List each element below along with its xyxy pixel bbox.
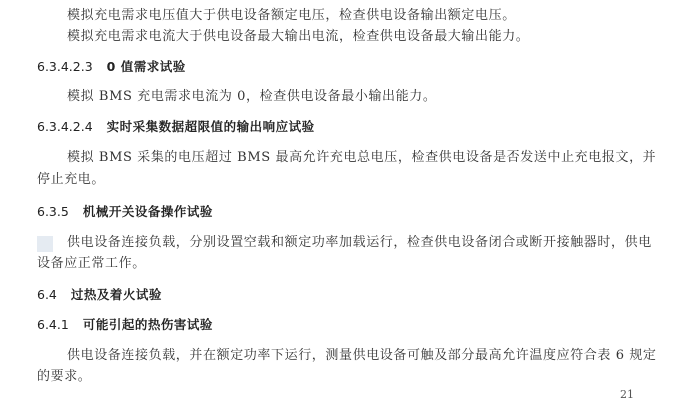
paragraph-line: 停止充电。 bbox=[37, 172, 105, 188]
paragraph-line: 供电设备连接负载，分别设置空载和额定功率加载运行，检查供电设备闭合或断开接触器时… bbox=[67, 235, 652, 251]
paragraph-line: 模拟 BMS 充电需求电流为 0，检查供电设备最小输出能力。 bbox=[67, 89, 436, 105]
scan-artifact-icon bbox=[37, 236, 53, 252]
section-number: 6.4.1 bbox=[37, 317, 69, 332]
paragraph-line: 设备应正常工作。 bbox=[37, 256, 146, 272]
section-title: 过热及着火试验 bbox=[71, 287, 162, 302]
paragraph-line: 模拟充电需求电流大于供电设备最大输出电流，检查供电设备最大输出能力。 bbox=[67, 29, 529, 45]
section-number: 6.3.4.2.4 bbox=[37, 119, 93, 134]
section-number: 6.4 bbox=[37, 287, 57, 302]
section-title: 0 值需求试验 bbox=[107, 59, 186, 74]
paragraph-line: 供电设备连接负载，并在额定功率下运行，测量供电设备可触及部分最高允许温度应符合表… bbox=[67, 348, 657, 364]
section-number: 6.3.5 bbox=[37, 204, 69, 219]
section-number: 6.3.4.2.3 bbox=[37, 59, 93, 74]
paragraph-line: 模拟 BMS 采集的电压超过 BMS 最高允许充电总电压，检查供电设备是否发送中… bbox=[67, 150, 656, 166]
section-heading-6-3-4-2-4: 6.3.4.2.4实时采集数据超限值的输出响应试验 bbox=[37, 119, 315, 135]
section-title: 可能引起的热伤害试验 bbox=[83, 317, 213, 332]
section-heading-6-4-1: 6.4.1可能引起的热伤害试验 bbox=[37, 317, 213, 333]
section-title: 机械开关设备操作试验 bbox=[83, 204, 213, 219]
section-heading-6-3-5: 6.3.5机械开关设备操作试验 bbox=[37, 204, 213, 220]
section-heading-6-3-4-2-3: 6.3.4.2.30 值需求试验 bbox=[37, 59, 186, 75]
paragraph-line: 模拟充电需求电压值大于供电设备额定电压，检查供电设备输出额定电压。 bbox=[67, 8, 516, 24]
section-heading-6-4: 6.4过热及着火试验 bbox=[37, 287, 162, 303]
section-title: 实时采集数据超限值的输出响应试验 bbox=[107, 119, 315, 134]
paragraph-line: 的要求。 bbox=[37, 369, 91, 385]
page-number: 21 bbox=[620, 388, 634, 401]
